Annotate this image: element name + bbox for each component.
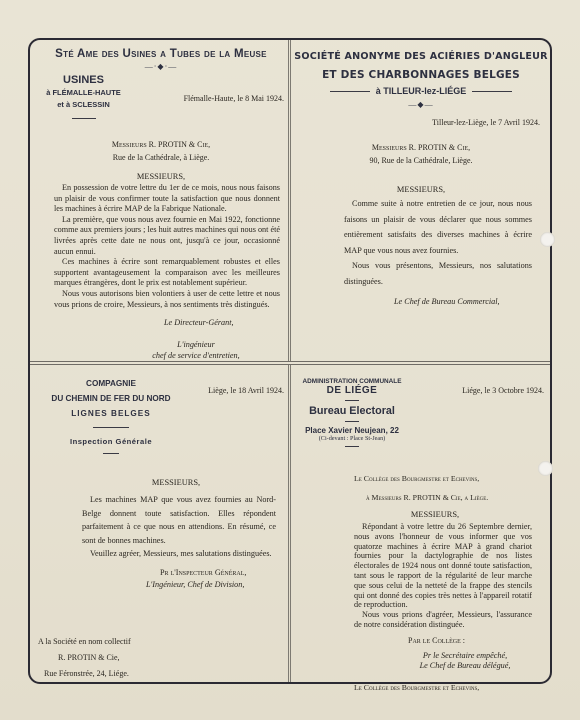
letterhead-location-1: à FLÉMALLE-HAUTE	[36, 88, 131, 97]
short-rule	[93, 427, 129, 428]
letter-tubes-meuse: Sté Ame des Usines a Tubes de la Meuse —…	[36, 48, 286, 358]
letterhead-line-1: ADMINISTRATION COMMUNALE	[296, 378, 408, 385]
letterhead-line-1: SOCIÉTÉ ANONYME DES ACIÉRIES D'ANGLEUR	[294, 48, 548, 66]
letterhead-company: Sté Ame des Usines a Tubes de la Meuse	[36, 48, 286, 60]
signature-title: Le Directeur-Gérant,	[36, 318, 286, 327]
letter-date: Flémalle-Haute, le 8 Mai 1924.	[184, 94, 284, 103]
signature-title: Pr l'Inspecteur Général,	[146, 567, 286, 579]
rule-right	[472, 91, 512, 92]
signature-title: Pr le Secrétaire empêché,	[382, 651, 548, 661]
signature-title: L'ingénieur	[106, 339, 286, 350]
signature-title: Par le Collège :	[296, 636, 548, 645]
salutation: MESSIEURS,	[296, 510, 548, 519]
letterhead-line-3: Bureau Electoral	[296, 405, 408, 417]
short-rule	[345, 421, 359, 422]
letter-acieries-angleur: SOCIÉTÉ ANONYME DES ACIÉRIES D'ANGLEUR E…	[294, 48, 548, 358]
letterhead-location-2: et à SCLESSIN	[36, 100, 131, 109]
address-line: R. PROTIN & Cie,	[38, 650, 131, 666]
letterhead-line-1: COMPAGNIE	[36, 376, 186, 391]
salutation: MESSIEURS,	[294, 185, 548, 194]
letterhead-line-2: DU CHEMIN DE FER DU NORD	[36, 391, 186, 406]
address-line: Rue Féronstrée, 24, Liége.	[38, 666, 131, 682]
letter-chemin-fer-nord: COMPAGNIE DU CHEMIN DE FER DU NORD LIGNE…	[36, 376, 286, 681]
body-paragraph: La première, que vous nous avez fournie …	[54, 215, 280, 257]
letterhead-line-4: Inspection Générale	[36, 434, 186, 449]
body-paragraph: Nous vous autorisons bien volontiers à u…	[54, 289, 280, 310]
letterhead-line-5: (Ci-devant : Place St-Jean)	[296, 435, 408, 442]
body-paragraph: Nous vous présentons, Messieurs, nos sal…	[344, 258, 532, 289]
recipient-address: Rue de la Cathédrale, à Liège.	[36, 151, 286, 164]
signature-title: chef de service d'entretien,	[106, 350, 286, 361]
short-rule	[103, 453, 119, 454]
scanned-page: Sté Ame des Usines a Tubes de la Meuse —…	[0, 0, 580, 720]
short-rule	[72, 118, 96, 119]
recipient-line: Messieurs R. PROTIN & Cie,	[294, 141, 548, 154]
short-rule	[345, 446, 359, 447]
letterhead-line-3: à TILLEUR-lez-LIÉGE	[376, 86, 467, 96]
rule-left	[330, 91, 370, 92]
short-rule	[345, 400, 359, 401]
letterhead-line-4: Place Xavier Neujean, 22	[296, 426, 408, 435]
salutation: MESSIEURS,	[36, 172, 286, 181]
letter-administration-liege: ADMINISTRATION COMMUNALE DE LIÉGE Bureau…	[296, 378, 548, 678]
signature-title: L'Ingénieur, Chef de Division,	[146, 579, 286, 591]
ornament-divider: —·◆·—	[131, 64, 191, 70]
signature-title: Le Collège des Bourgmestre et Echevins,	[296, 683, 548, 692]
header-line: Le Collège des Bourgmestre et Echevins,	[296, 474, 548, 483]
body-paragraph: Comme suite à notre entretien de ce jour…	[344, 196, 532, 258]
body-paragraph: Veuillez agréer, Messieurs, mes salutati…	[82, 547, 276, 561]
letter-date: Liège, le 18 Avril 1924.	[208, 386, 284, 395]
signature-title: Le Chef de Bureau Commercial,	[294, 297, 548, 306]
signature-title: Le Chef de Bureau délégué,	[382, 661, 548, 671]
letter-date: Liége, le 3 Octobre 1924.	[462, 386, 544, 395]
horizontal-divider	[30, 361, 550, 365]
letter-date: Tilleur-lez-Liège, le 7 Avril 1924.	[294, 118, 548, 127]
body-paragraph: Ces machines à écrire sont remarquableme…	[54, 257, 280, 289]
ornament-divider: —◆—	[391, 102, 451, 108]
body-paragraph: En possession de votre lettre du 1er de …	[54, 183, 280, 215]
recipient-line: Messieurs R. PROTIN & Cie,	[36, 138, 286, 151]
body-paragraph: Les machines MAP que vous avez fournies …	[82, 493, 276, 547]
letterhead-usines: USINES	[36, 74, 131, 86]
letterhead-line-2: DE LIÉGE	[296, 385, 408, 396]
letterhead-line-3: LIGNES BELGES	[36, 406, 186, 421]
salutation: MESSIEURS,	[36, 478, 286, 487]
recipient-address: 90, Rue de la Cathédrale, Liège.	[294, 154, 548, 167]
body-paragraph: Répondant à votre lettre du 26 Septembre…	[354, 522, 532, 610]
header-line: à Messieurs R. PROTIN & Cie, a Liège.	[296, 493, 548, 502]
letterhead-line-2: ET DES CHARBONNAGES BELGES	[294, 66, 548, 84]
body-paragraph: Nous vous prions d'agréer, Messieurs, l'…	[354, 610, 532, 630]
address-line: A la Société en nom collectif	[38, 634, 131, 650]
